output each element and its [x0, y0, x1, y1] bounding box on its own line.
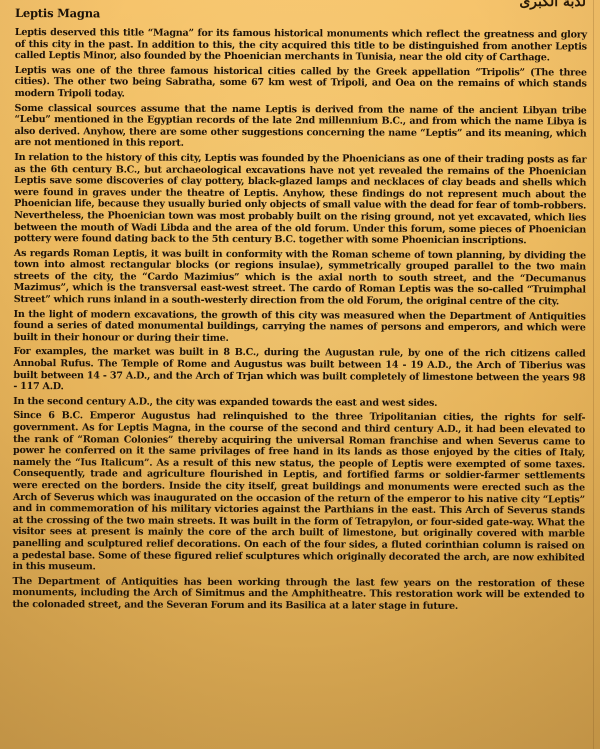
- paragraph-phoenician-history: In relation to the history of this city,…: [14, 152, 586, 247]
- information-sign: Leptis Magna Leptis deserved this title …: [12, 6, 587, 616]
- paragraph-name-origin: Some classical sources assume that the n…: [14, 103, 586, 152]
- paragraph-severus: Since 6 B.C. Emperor Augustus had relinq…: [13, 410, 586, 575]
- paragraph-dated-buildings: For examples, the market was built in 8 …: [13, 346, 585, 395]
- paragraph-tripolis: Leptis was one of the three famous histo…: [15, 65, 587, 102]
- paragraph-excavations: In the light of modern excavations, the …: [14, 309, 586, 346]
- paragraph-second-century: In the second century A.D., the city was…: [13, 396, 585, 410]
- sign-panel-edge: [593, 0, 594, 749]
- paragraph-magna-title: Leptis deserved this title “Magna” for i…: [15, 27, 587, 64]
- paragraph-roman-planning: As regards Roman Leptis, it was built in…: [14, 248, 586, 308]
- paragraph-restoration: The Department of Antiquities has been w…: [12, 576, 584, 613]
- sign-title: Leptis Magna: [15, 6, 587, 22]
